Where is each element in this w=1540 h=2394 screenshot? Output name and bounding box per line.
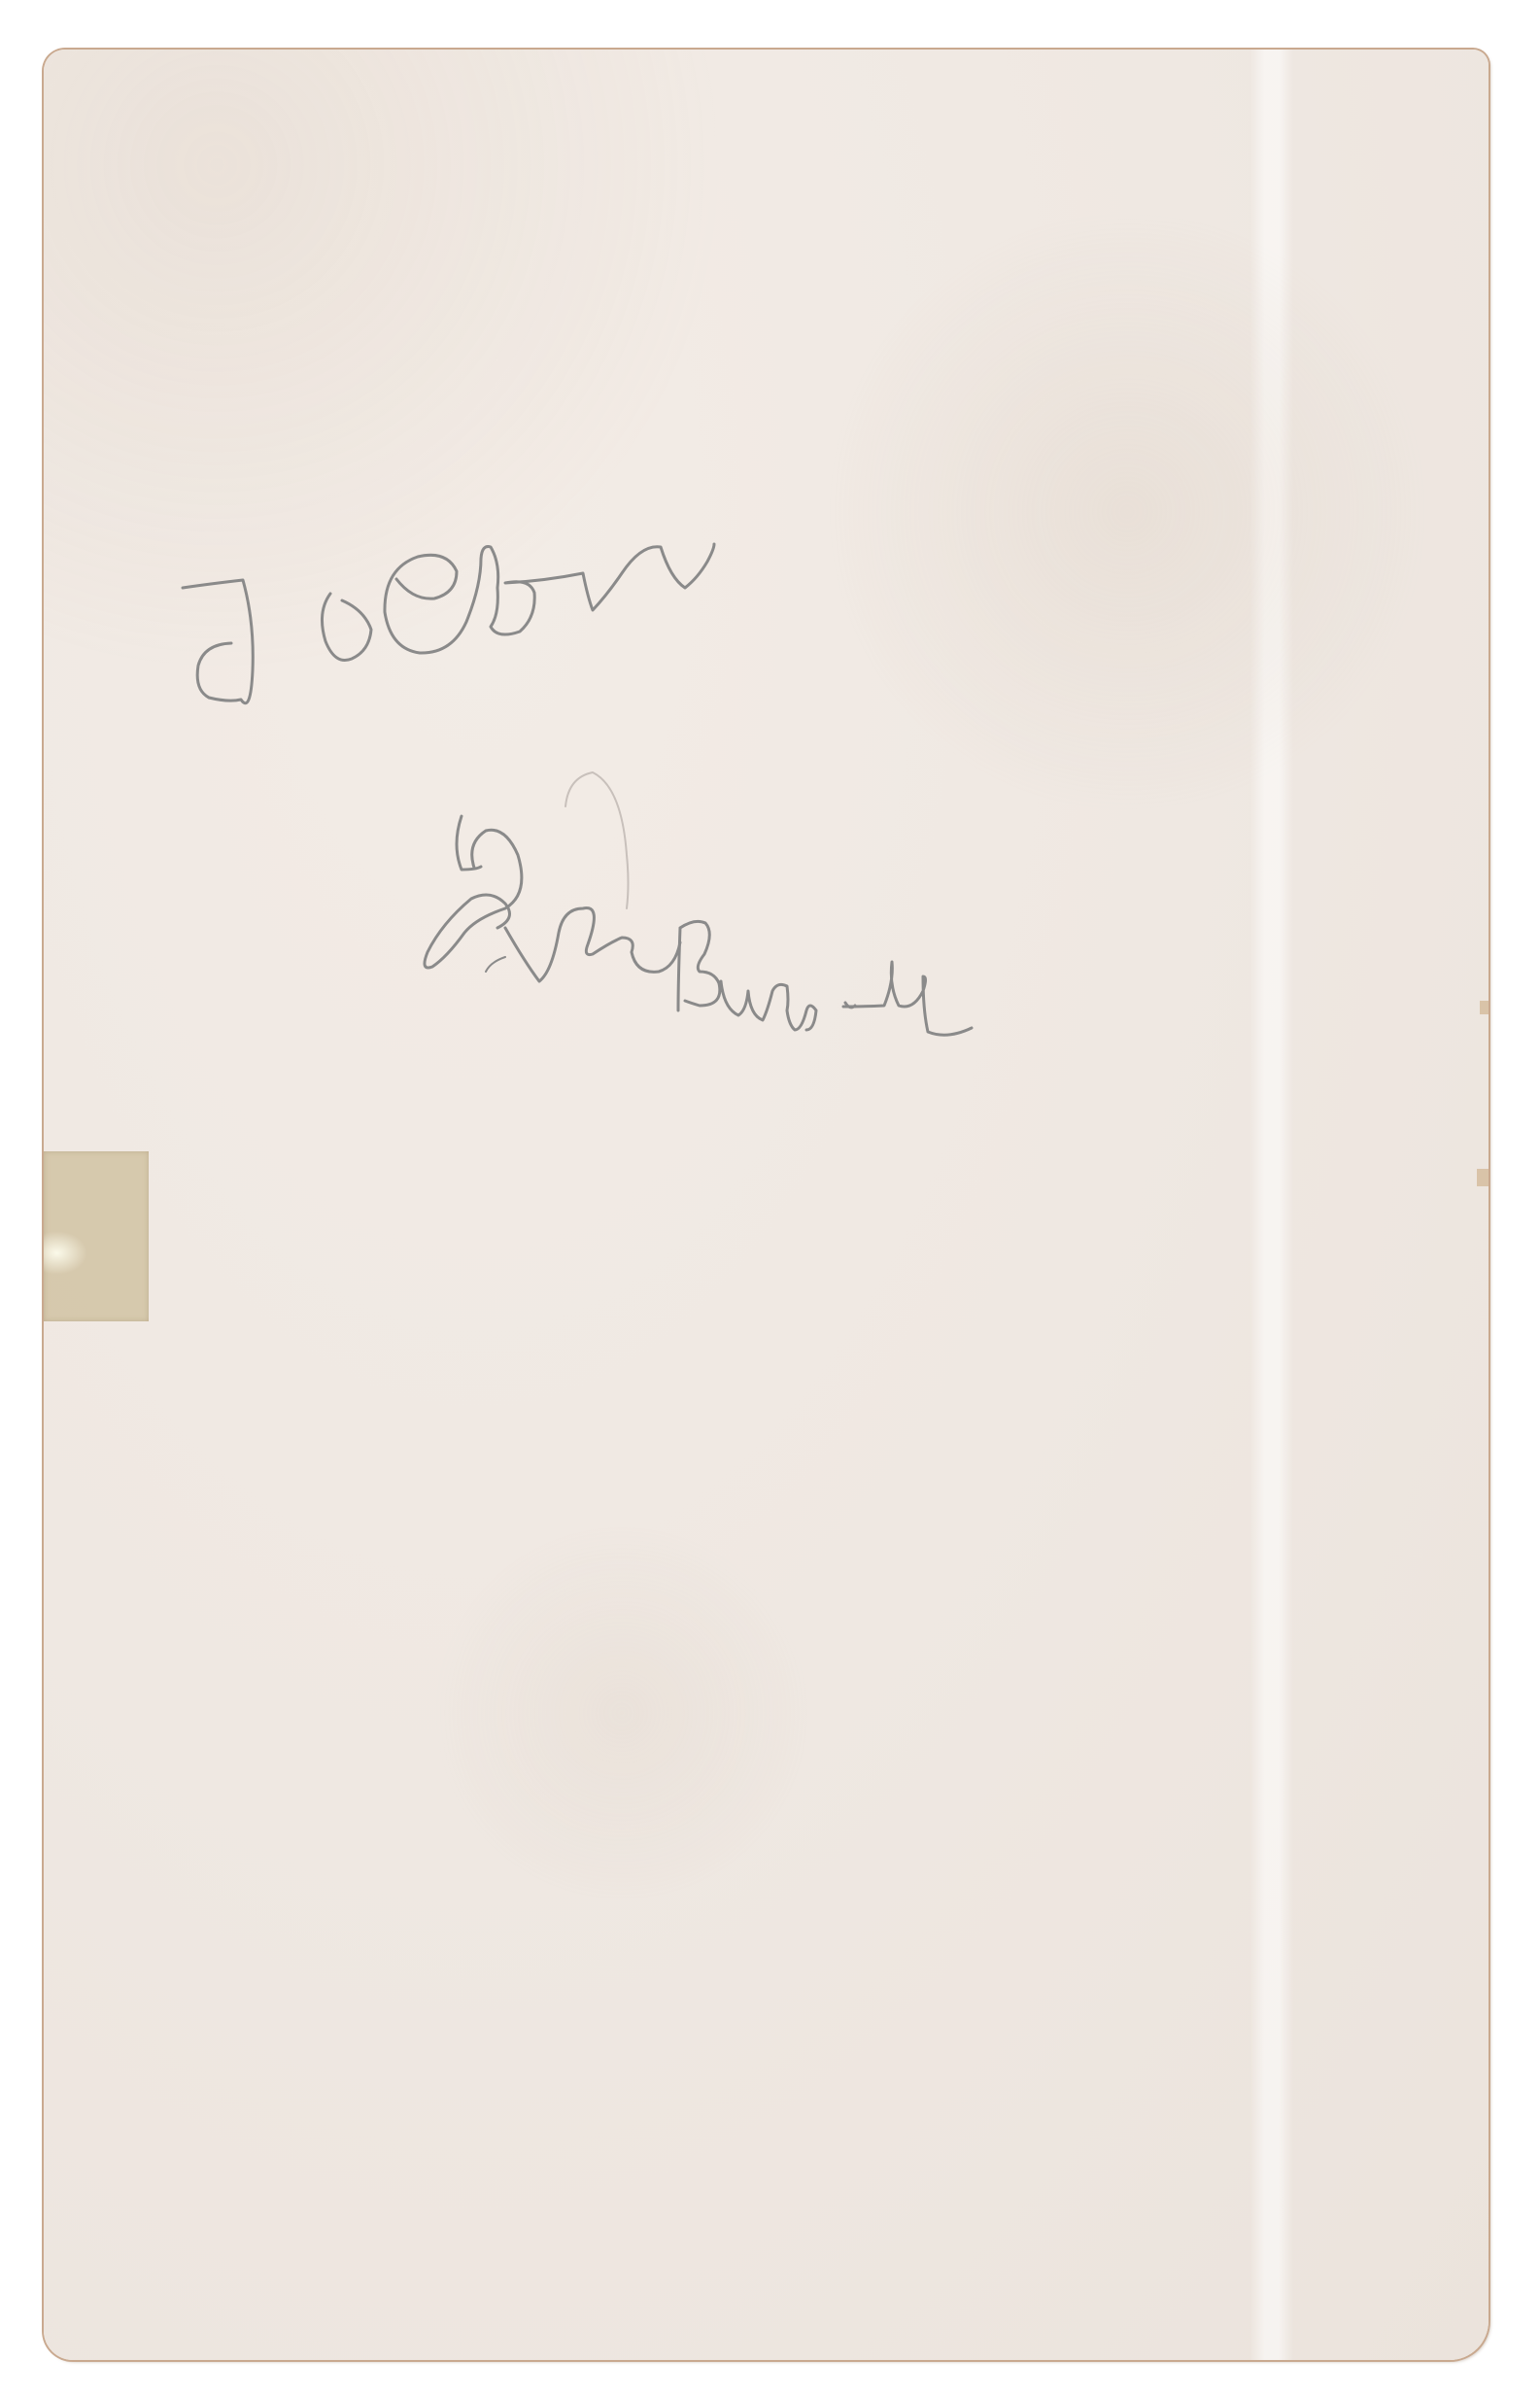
photo-card-back xyxy=(44,50,1489,2360)
adhesive-tape xyxy=(44,1151,149,1321)
edge-nick xyxy=(1477,1169,1489,1186)
edge-nick xyxy=(1480,1001,1489,1014)
